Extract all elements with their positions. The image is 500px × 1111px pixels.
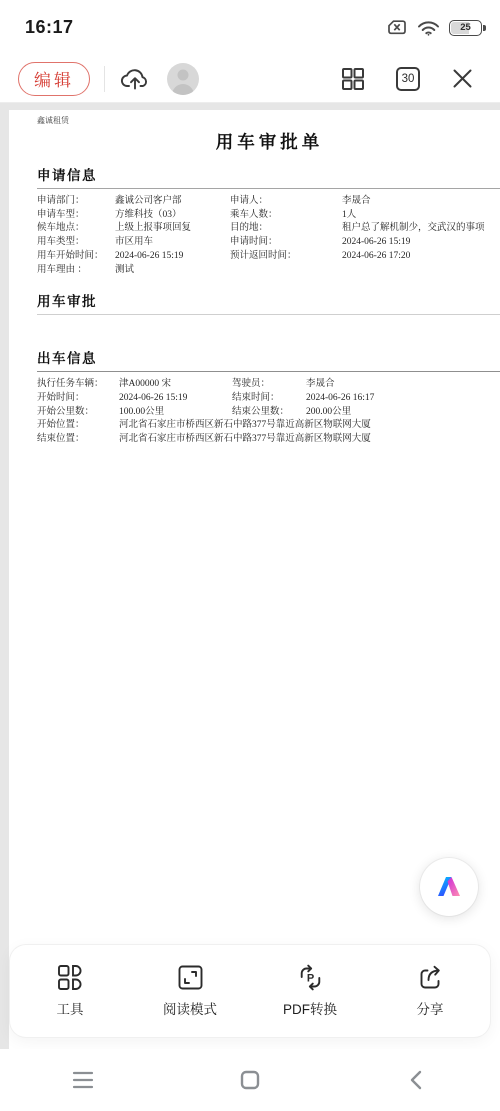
field-value: 100.00公里 <box>119 406 232 420</box>
field-value: 方维科技（03） <box>115 209 230 223</box>
field-label: 驾驶员： <box>232 378 306 392</box>
sim-missing-icon <box>386 19 408 36</box>
field-value: 鑫诚公司客户部 <box>115 195 230 209</box>
avatar[interactable] <box>167 63 199 95</box>
field-label: 结束公里数： <box>232 406 306 420</box>
field-value: 租户总了解机制少，交武汉的事项 <box>342 222 500 236</box>
field-label: 用车类型： <box>37 236 115 250</box>
battery-icon: 25 <box>449 20 482 36</box>
approval-empty-area <box>9 315 500 337</box>
cloud-upload-icon[interactable] <box>119 66 151 92</box>
status-bar: 16:17 25 <box>0 0 500 55</box>
bottom-toolbar: 工具 阅读模式 P PDF转换 分享 <box>10 945 490 1037</box>
apply-info-table: 申请部门： 鑫诚公司客户部 申请人： 李晟合 申请车型： 方维科技（03） 乘车… <box>9 195 500 277</box>
field-value: 2024-06-26 15:19 <box>342 236 500 250</box>
field-value: 200.00公里 <box>306 406 500 420</box>
doc-title: 用车审批单 <box>9 129 500 154</box>
field-value: 李晟合 <box>342 195 500 209</box>
wifi-icon <box>416 18 441 37</box>
section-dispatch-heading: 出车信息 <box>9 347 500 367</box>
field-label: 执行任务车辆： <box>37 378 119 392</box>
share-button[interactable]: 分享 <box>370 964 490 1018</box>
field-value: 津A00000 宋 <box>119 378 232 392</box>
pdf-convert-button[interactable]: P PDF转换 <box>250 964 370 1018</box>
field-label: 用车理由 ： <box>37 264 115 278</box>
reading-mode-button[interactable]: 阅读模式 <box>130 964 250 1018</box>
tools-button[interactable]: 工具 <box>10 964 130 1018</box>
home-icon <box>239 1069 261 1091</box>
field-label: 候车地点： <box>37 222 115 236</box>
field-label: 用车开始时间： <box>37 250 115 264</box>
recents-button[interactable] <box>0 1070 167 1090</box>
home-button[interactable] <box>167 1069 334 1091</box>
pdf-convert-icon: P <box>297 964 324 991</box>
edit-button[interactable]: 编辑 <box>18 62 90 96</box>
field-label: 申请部门： <box>37 195 115 209</box>
field-value <box>342 264 500 278</box>
field-label: 申请时间： <box>230 236 342 250</box>
app-toolbar: 编辑 30 <box>0 55 500 103</box>
status-icons: 25 <box>386 18 482 37</box>
ai-assistant-fab[interactable] <box>420 858 478 916</box>
reading-mode-label: 阅读模式 <box>163 998 217 1018</box>
field-value: 李晟合 <box>306 378 500 392</box>
field-value: 河北省石家庄市桥西区新石中路377号靠近高新区物联网大厦 <box>119 419 500 433</box>
field-value: 市区用车 <box>115 236 230 250</box>
tools-grid-icon <box>57 964 84 991</box>
field-value: 2024-06-26 16:17 <box>306 392 500 406</box>
doc-header-note: 鑫诚租赁 <box>9 110 500 126</box>
section-apply-heading: 申请信息 <box>9 164 500 184</box>
back-icon <box>406 1069 428 1091</box>
clock: 16:17 <box>25 17 74 38</box>
field-value: 上级上报事项回复 <box>115 222 230 236</box>
field-label: 目的地： <box>230 222 342 236</box>
recents-icon <box>71 1070 95 1090</box>
close-icon[interactable] <box>451 67 474 90</box>
reading-mode-icon <box>177 964 204 991</box>
field-label: 乘车人数： <box>230 209 342 223</box>
pdf-convert-label: PDF转换 <box>283 998 337 1018</box>
field-label: 开始公里数： <box>37 406 119 420</box>
calendar-day: 30 <box>402 73 415 85</box>
field-label: 结束时间： <box>232 392 306 406</box>
calendar-icon[interactable]: 30 <box>396 67 420 91</box>
toolbar-right-group: 30 <box>341 67 474 91</box>
field-value: 2024-06-26 17:20 <box>342 250 500 264</box>
field-value: 2024-06-26 15:19 <box>115 250 230 264</box>
grid-view-icon[interactable] <box>341 67 365 91</box>
dispatch-info-table: 执行任务车辆： 津A00000 宋 驾驶员： 李晟合 开始时间： 2024-06… <box>9 378 500 447</box>
back-button[interactable] <box>333 1069 500 1091</box>
toolbar-divider <box>104 66 105 92</box>
battery-nub <box>483 25 486 31</box>
field-value: 河北省石家庄市桥西区新石中路377号靠近高新区物联网大厦 <box>119 433 500 447</box>
share-icon <box>417 964 444 991</box>
field-value: 2024-06-26 15:19 <box>119 392 232 406</box>
field-label: 开始位置： <box>37 419 119 433</box>
section-apply-rule <box>37 188 500 189</box>
ai-logo-icon <box>434 872 464 902</box>
share-label: 分享 <box>417 998 444 1018</box>
field-label: 结束位置： <box>37 433 119 447</box>
field-label: 申请人： <box>230 195 342 209</box>
field-value: 测试 <box>115 264 230 278</box>
battery-percent: 25 <box>460 22 471 33</box>
system-nav-bar <box>0 1049 500 1111</box>
section-dispatch-rule <box>37 371 500 372</box>
field-label <box>230 264 342 278</box>
tools-label: 工具 <box>57 998 84 1018</box>
field-label: 预计返回时间： <box>230 250 342 264</box>
pdf-letter: P <box>306 973 313 985</box>
section-approval-heading: 用车审批 <box>9 290 500 310</box>
field-value: 1人 <box>342 209 500 223</box>
field-label: 申请车型： <box>37 209 115 223</box>
field-label: 开始时间： <box>37 392 119 406</box>
